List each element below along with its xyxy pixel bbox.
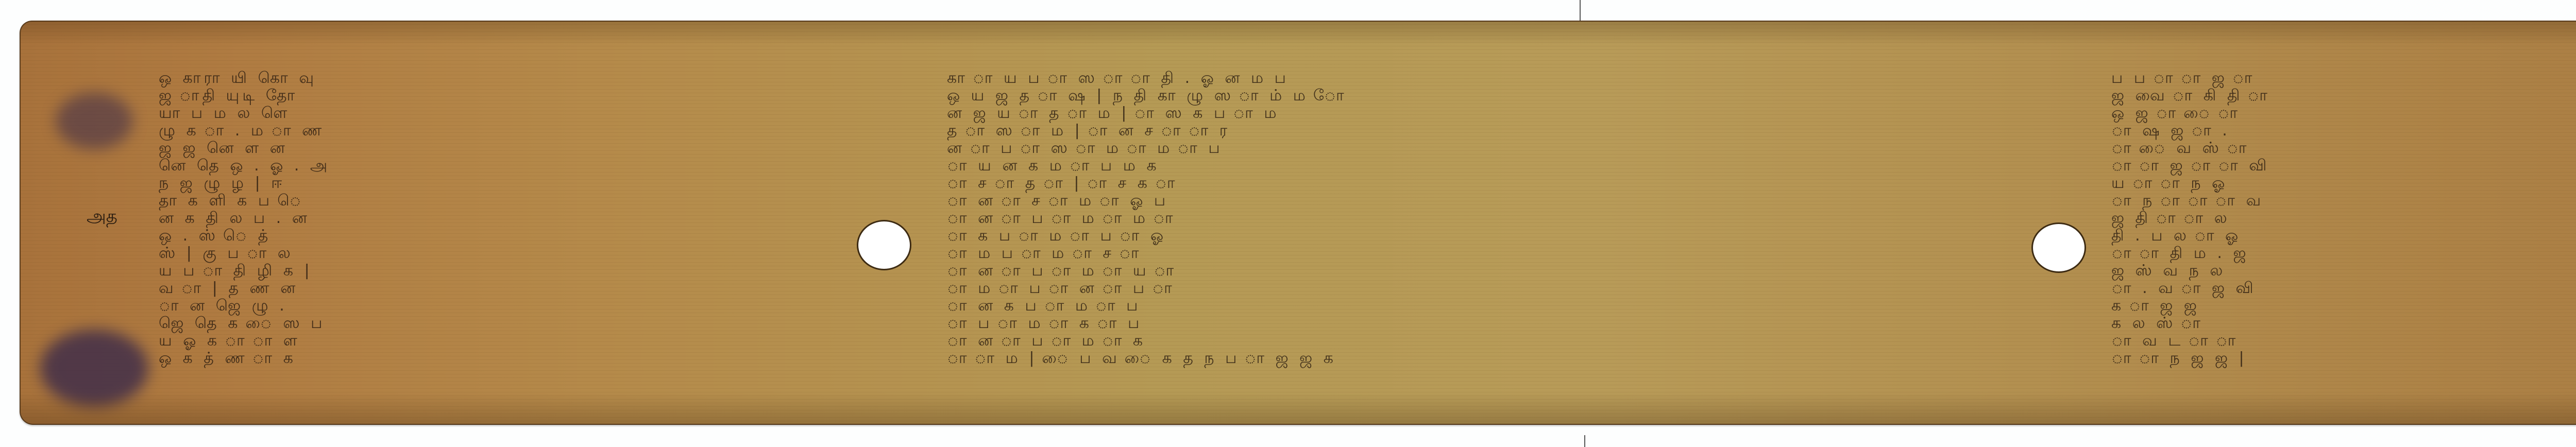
manuscript-line: ஒ ய ஜ த ா ஷ | ந தி கா ழு ஸ ா ம் ம ோ [947, 87, 2008, 105]
manuscript-line: ஜெ தெ க ை ஸ ப [159, 315, 839, 332]
manuscript-line: ா ம ப ா ம ா ச ா [947, 245, 2008, 262]
manuscript-line: ா ய ன க ம ா ப ம க [947, 157, 2008, 175]
manuscript-line: ா ப ா ம ா க ா ப [947, 315, 2008, 332]
manuscript-line: ய ா ா ந ஓ [2111, 175, 2576, 192]
palm-leaf: அத ஒ காரா யி கொ வுஜ ாதி யுடி தோயா ப ம ல … [20, 21, 2576, 425]
scan-ruler-mark [1580, 0, 1581, 23]
manuscript-line: க ல ஸ் ா [2111, 315, 2576, 332]
text-block-center: கா ா ய ப ா ஸ ா ா தி . ஓ ன ம பஒ ய ஜ த ா ஷ… [947, 70, 2008, 409]
manuscript-line: ன ஜ ய ா த ா ம | ா ஸ க ப ா ம [947, 105, 2008, 122]
ink-stain-top [56, 93, 133, 149]
ink-stain-bottom [40, 330, 148, 407]
text-block-left: ஒ காரா யி கொ வுஜ ாதி யுடி தோயா ப ம ல ளெழ… [159, 70, 839, 409]
manuscript-line: ா ன க ப ா ம ா ப [947, 297, 2008, 315]
manuscript-line: ப ப ா ா ஜ ா [2111, 70, 2576, 87]
manuscript-line: ன ா ப ா ஸ ா ம ா ம ா ப [947, 140, 2008, 157]
manuscript-line: ழு க ா . ம ா ண [159, 122, 839, 140]
manuscript-line: ஜ ாதி யுடி தோ [159, 87, 839, 105]
manuscript-line: ன க தி ல ப . ன [159, 210, 839, 227]
manuscript-line: தா க ளி க ப ெ [159, 192, 839, 210]
manuscript-line: ா ா ஜ ா ா வி [2111, 157, 2576, 175]
manuscript-line: ஸ் | கு ப ா ல [159, 245, 839, 262]
manuscript-line: ஒ ஜ ா ை ா [2111, 105, 2576, 122]
manuscript-line: ஒ க த் ண ா க [159, 350, 839, 367]
manuscript-line: ஒ காரா யி கொ வு [159, 70, 839, 87]
manuscript-line: ந ஜ ழு ழ | ஈ [159, 175, 839, 192]
manuscript-line: கா ா ய ப ா ஸ ா ா தி . ஓ ன ம ப [947, 70, 2008, 87]
manuscript-line: யா ப ம ல ளெ [159, 105, 839, 122]
manuscript-line: ா ஷ ஜ ா . [2111, 122, 2576, 140]
manuscript-line: ா ன ா ச ா ம ா ஓ ப [947, 192, 2008, 210]
manuscript-line: த ா ஸ ா ம | ா ன ச ா ா ர [947, 122, 2008, 140]
manuscript-line: வ ா | த ண ன [159, 280, 839, 297]
manuscript-line: ா ா ந ஜ ஜ | [2111, 350, 2576, 367]
manuscript-line: க ா ஜ ஜ [2111, 297, 2576, 315]
manuscript-line: ய ப ா தி ழி க | [159, 262, 839, 280]
manuscript-line: ா . வ ா ஜ வி [2111, 280, 2576, 297]
string-hole-right [2033, 224, 2084, 271]
text-block-right: ப ப ா ா ஜ ாஜ வை ா கி தி ாஒ ஜ ா ை ாா ஷ ஜ … [2111, 70, 2576, 409]
scan-ruler-mark-bottom [1584, 435, 1585, 447]
manuscript-line: ஜ வை ா கி தி ா [2111, 87, 2576, 105]
string-hole-left [858, 221, 910, 269]
manuscript-line: ா ா தி ம . ஜ [2111, 245, 2576, 262]
manuscript-line: ா ன ா ப ா ம ா ம ா [947, 210, 2008, 227]
manuscript-line: ா வ ட ா ா [2111, 332, 2576, 350]
manuscript-line: ஜ ஜ னெ ள ன [159, 140, 839, 157]
manuscript-line: ா ந ா ா ா வ [2111, 192, 2576, 210]
manuscript-line: ஒ . ஸ் ெ த் [159, 227, 839, 245]
manuscript-line: னெ தெ ஒ . ஓ . அ [159, 157, 839, 175]
manuscript-line: ா ன ா ப ா ம ா ய ா [947, 262, 2008, 280]
manuscript-line: ய ஓ க ா ா ள [159, 332, 839, 350]
manuscript-line: தி . ப ல ா ஓ [2111, 227, 2576, 245]
margin-note: அத [87, 206, 117, 229]
manuscript-line: ா ம ா ப ா ன ா ப ா [947, 280, 2008, 297]
manuscript-line: ஜ ஸ் வ ந ல [2111, 262, 2576, 280]
manuscript-line: ா ச ா த ா | ா ச க ா [947, 175, 2008, 192]
manuscript-line: ா ா ம | ை ப வ ை க த ந ப ா ஜ ஜ க [947, 350, 2008, 367]
manuscript-line: ா ன ா ப ா ம ா க [947, 332, 2008, 350]
manuscript-line: ா க ப ா ம ா ப ா ஓ [947, 227, 2008, 245]
manuscript-line: ஜ தி ா ா ல [2111, 210, 2576, 227]
scan-background: அத ஒ காரா யி கொ வுஜ ாதி யுடி தோயா ப ம ல … [0, 0, 2576, 447]
manuscript-line: ா ை வ ஸ் ா [2111, 140, 2576, 157]
manuscript-line: ா ன ஜெ ழு . [159, 297, 839, 315]
